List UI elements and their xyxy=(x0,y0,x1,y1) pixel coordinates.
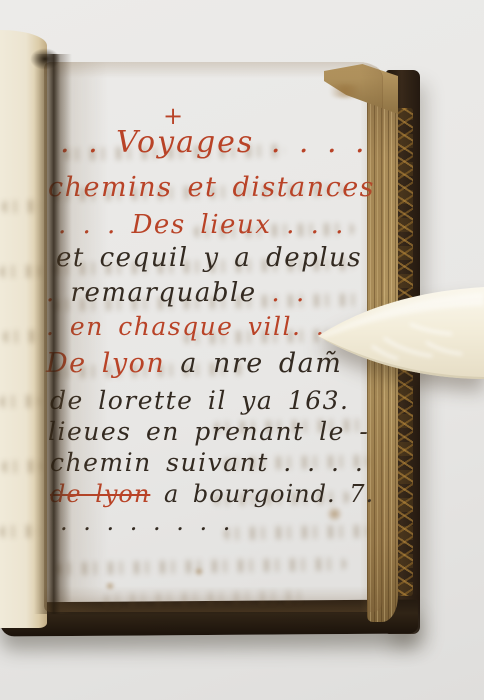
line-text: . . Voyages . . . . . xyxy=(60,125,383,160)
page-pointer-shape xyxy=(314,276,484,388)
line-text: . . . . . . . . xyxy=(60,508,232,536)
left-page xyxy=(0,30,47,628)
ghost-text-line xyxy=(224,525,369,541)
line-text: De lyon xyxy=(46,348,180,379)
manuscript-line-body3: . en chasque vill. . xyxy=(46,314,325,339)
photo-of-manuscript-book: { "colors": { "background": "#ecebe9", "… xyxy=(0,0,484,700)
ghost-text-line xyxy=(0,525,38,539)
manuscript-line-body2: . remarquable . . xyxy=(46,280,306,306)
gutter-headband-shadow xyxy=(30,48,60,70)
line-text: . xyxy=(46,278,71,308)
porcelain-page-pointer xyxy=(314,276,484,388)
manuscript-line-title: . . Voyages . . . . . xyxy=(60,128,383,158)
ghost-text-line xyxy=(2,200,40,214)
foxing-spot xyxy=(194,567,204,576)
line-text: . en chasque vill. . xyxy=(46,312,325,341)
line-text: . . . Des lieux . . . xyxy=(58,210,345,240)
manuscript-line-dots: . . . . . . . . xyxy=(60,510,232,534)
manuscript-line-body5: de lorette il ya 163. xyxy=(50,388,349,413)
photo-background: + . . Voyages . . . . . chemins et dista… xyxy=(0,0,484,700)
line-text: et cequil y a deplus xyxy=(56,243,362,273)
manuscript-line-body6: lieues en prenant le - xyxy=(48,419,369,444)
ghost-text-line xyxy=(3,330,41,344)
line-text: a bourgoind. 7. h. xyxy=(150,480,383,508)
ghost-text-line xyxy=(104,590,304,606)
manuscript-line-body8: de lyon a bourgoind. 7. h. xyxy=(50,482,383,506)
line-text: . . xyxy=(257,278,306,308)
foxing-spot xyxy=(104,582,116,590)
line-text: de lorette il ya 163. xyxy=(50,386,349,415)
manuscript-line-subtitle2: . . . Des lieux . . . xyxy=(58,212,345,238)
ghost-text-line xyxy=(2,460,42,474)
manuscript-line-subtitle1: chemins et distances xyxy=(48,174,375,201)
line-text: chemins et distances xyxy=(48,172,375,203)
foxing-spot xyxy=(326,506,343,522)
line-text: remarquable xyxy=(71,278,257,308)
line-text: lieues en prenant le - xyxy=(48,417,369,446)
foxing-spot xyxy=(324,84,366,98)
manuscript-line-body1: et cequil y a deplus xyxy=(56,245,362,271)
line-text: de lyon xyxy=(50,480,150,508)
manuscript-line-body7: chemin suivant . . . . xyxy=(50,450,364,475)
line-text: chemin suivant . . . . xyxy=(50,448,364,477)
ghost-text-line xyxy=(0,265,42,279)
ghost-text-line xyxy=(0,395,40,409)
manuscript-line-body4: De lyon a nre dam̃ xyxy=(46,350,342,377)
